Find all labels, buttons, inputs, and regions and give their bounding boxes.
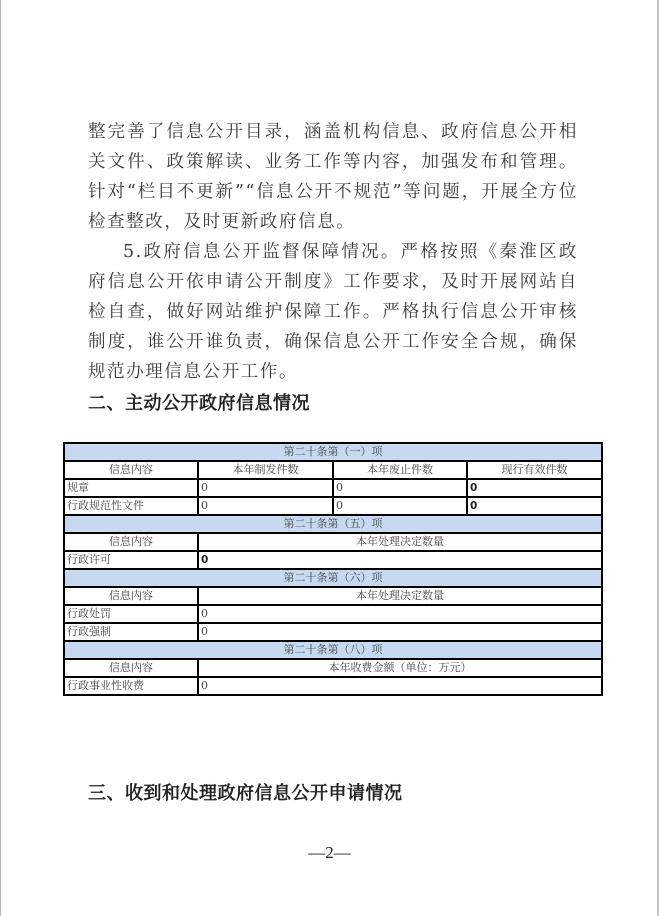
cell-issued: 0 (198, 479, 333, 497)
page-number: —2— (0, 843, 659, 863)
column-header: 本年处理决定数量 (198, 533, 602, 551)
cell-value: 0 (198, 677, 602, 695)
section-title: 第二十条第（八）项 (64, 641, 602, 659)
row-label: 规章 (64, 479, 198, 497)
section-heading-proactive-disclosure: 二、主动公开政府信息情况 (88, 389, 310, 415)
cell-valid: 0 (467, 479, 602, 497)
column-header: 信息内容 (64, 533, 198, 551)
row-label: 行政许可 (64, 551, 198, 569)
column-header: 信息内容 (64, 461, 198, 479)
header-row: 信息内容 本年收费金额（单位：万元） (64, 659, 602, 677)
section-heading-applications: 三、收到和处理政府信息公开申请情况 (88, 779, 403, 805)
column-header: 现行有效件数 (467, 461, 602, 479)
paragraph-catalog-update: 整完善了信息公开目录，涵盖机构信息、政府信息公开相关文件、政策解读、业务工作等内… (88, 117, 578, 237)
column-header: 本年收费金额（单位：万元） (198, 659, 602, 677)
column-header: 本年废止件数 (333, 461, 467, 479)
table-row: 行政规范性文件 0 0 0 (64, 497, 602, 515)
cell-value: 0 (198, 605, 602, 623)
section-row-item8: 第二十条第（八）项 (64, 641, 602, 659)
row-label: 行政规范性文件 (64, 497, 198, 515)
cell-valid: 0 (467, 497, 602, 515)
paragraph-supervision: 5.政府信息公开监督保障情况。严格按照《秦淮区政府信息公开依申请公开制度》工作要… (88, 237, 578, 387)
row-label: 行政强制 (64, 623, 198, 641)
section-title: 第二十条第（一）项 (64, 443, 602, 461)
row-label: 行政事业性收费 (64, 677, 198, 695)
table-row: 规章 0 0 0 (64, 479, 602, 497)
cell-value: 0 (198, 551, 602, 569)
row-label: 行政处罚 (64, 605, 198, 623)
column-header: 本年制发件数 (198, 461, 333, 479)
header-row: 信息内容 本年处理决定数量 (64, 533, 602, 551)
table-row: 行政事业性收费 0 (64, 677, 602, 695)
section-title: 第二十条第（六）项 (64, 569, 602, 587)
table-row: 行政处罚 0 (64, 605, 602, 623)
cell-issued: 0 (198, 497, 333, 515)
section-row-item6: 第二十条第（六）项 (64, 569, 602, 587)
page-edge-left (0, 0, 1, 916)
column-header: 信息内容 (64, 659, 198, 677)
header-row: 信息内容 本年制发件数 本年废止件数 现行有效件数 (64, 461, 602, 479)
header-row: 信息内容 本年处理决定数量 (64, 587, 602, 605)
cell-repealed: 0 (333, 497, 467, 515)
cell-value: 0 (198, 623, 602, 641)
section-title: 第二十条第（五）项 (64, 515, 602, 533)
table-row: 行政强制 0 (64, 623, 602, 641)
section-row-item5: 第二十条第（五）项 (64, 515, 602, 533)
cell-repealed: 0 (333, 479, 467, 497)
section-row-item1: 第二十条第（一）项 (64, 443, 602, 461)
disclosure-table: 第二十条第（一）项 信息内容 本年制发件数 本年废止件数 现行有效件数 规章 0… (63, 442, 603, 696)
column-header: 信息内容 (64, 587, 198, 605)
table-row: 行政许可 0 (64, 551, 602, 569)
column-header: 本年处理决定数量 (198, 587, 602, 605)
